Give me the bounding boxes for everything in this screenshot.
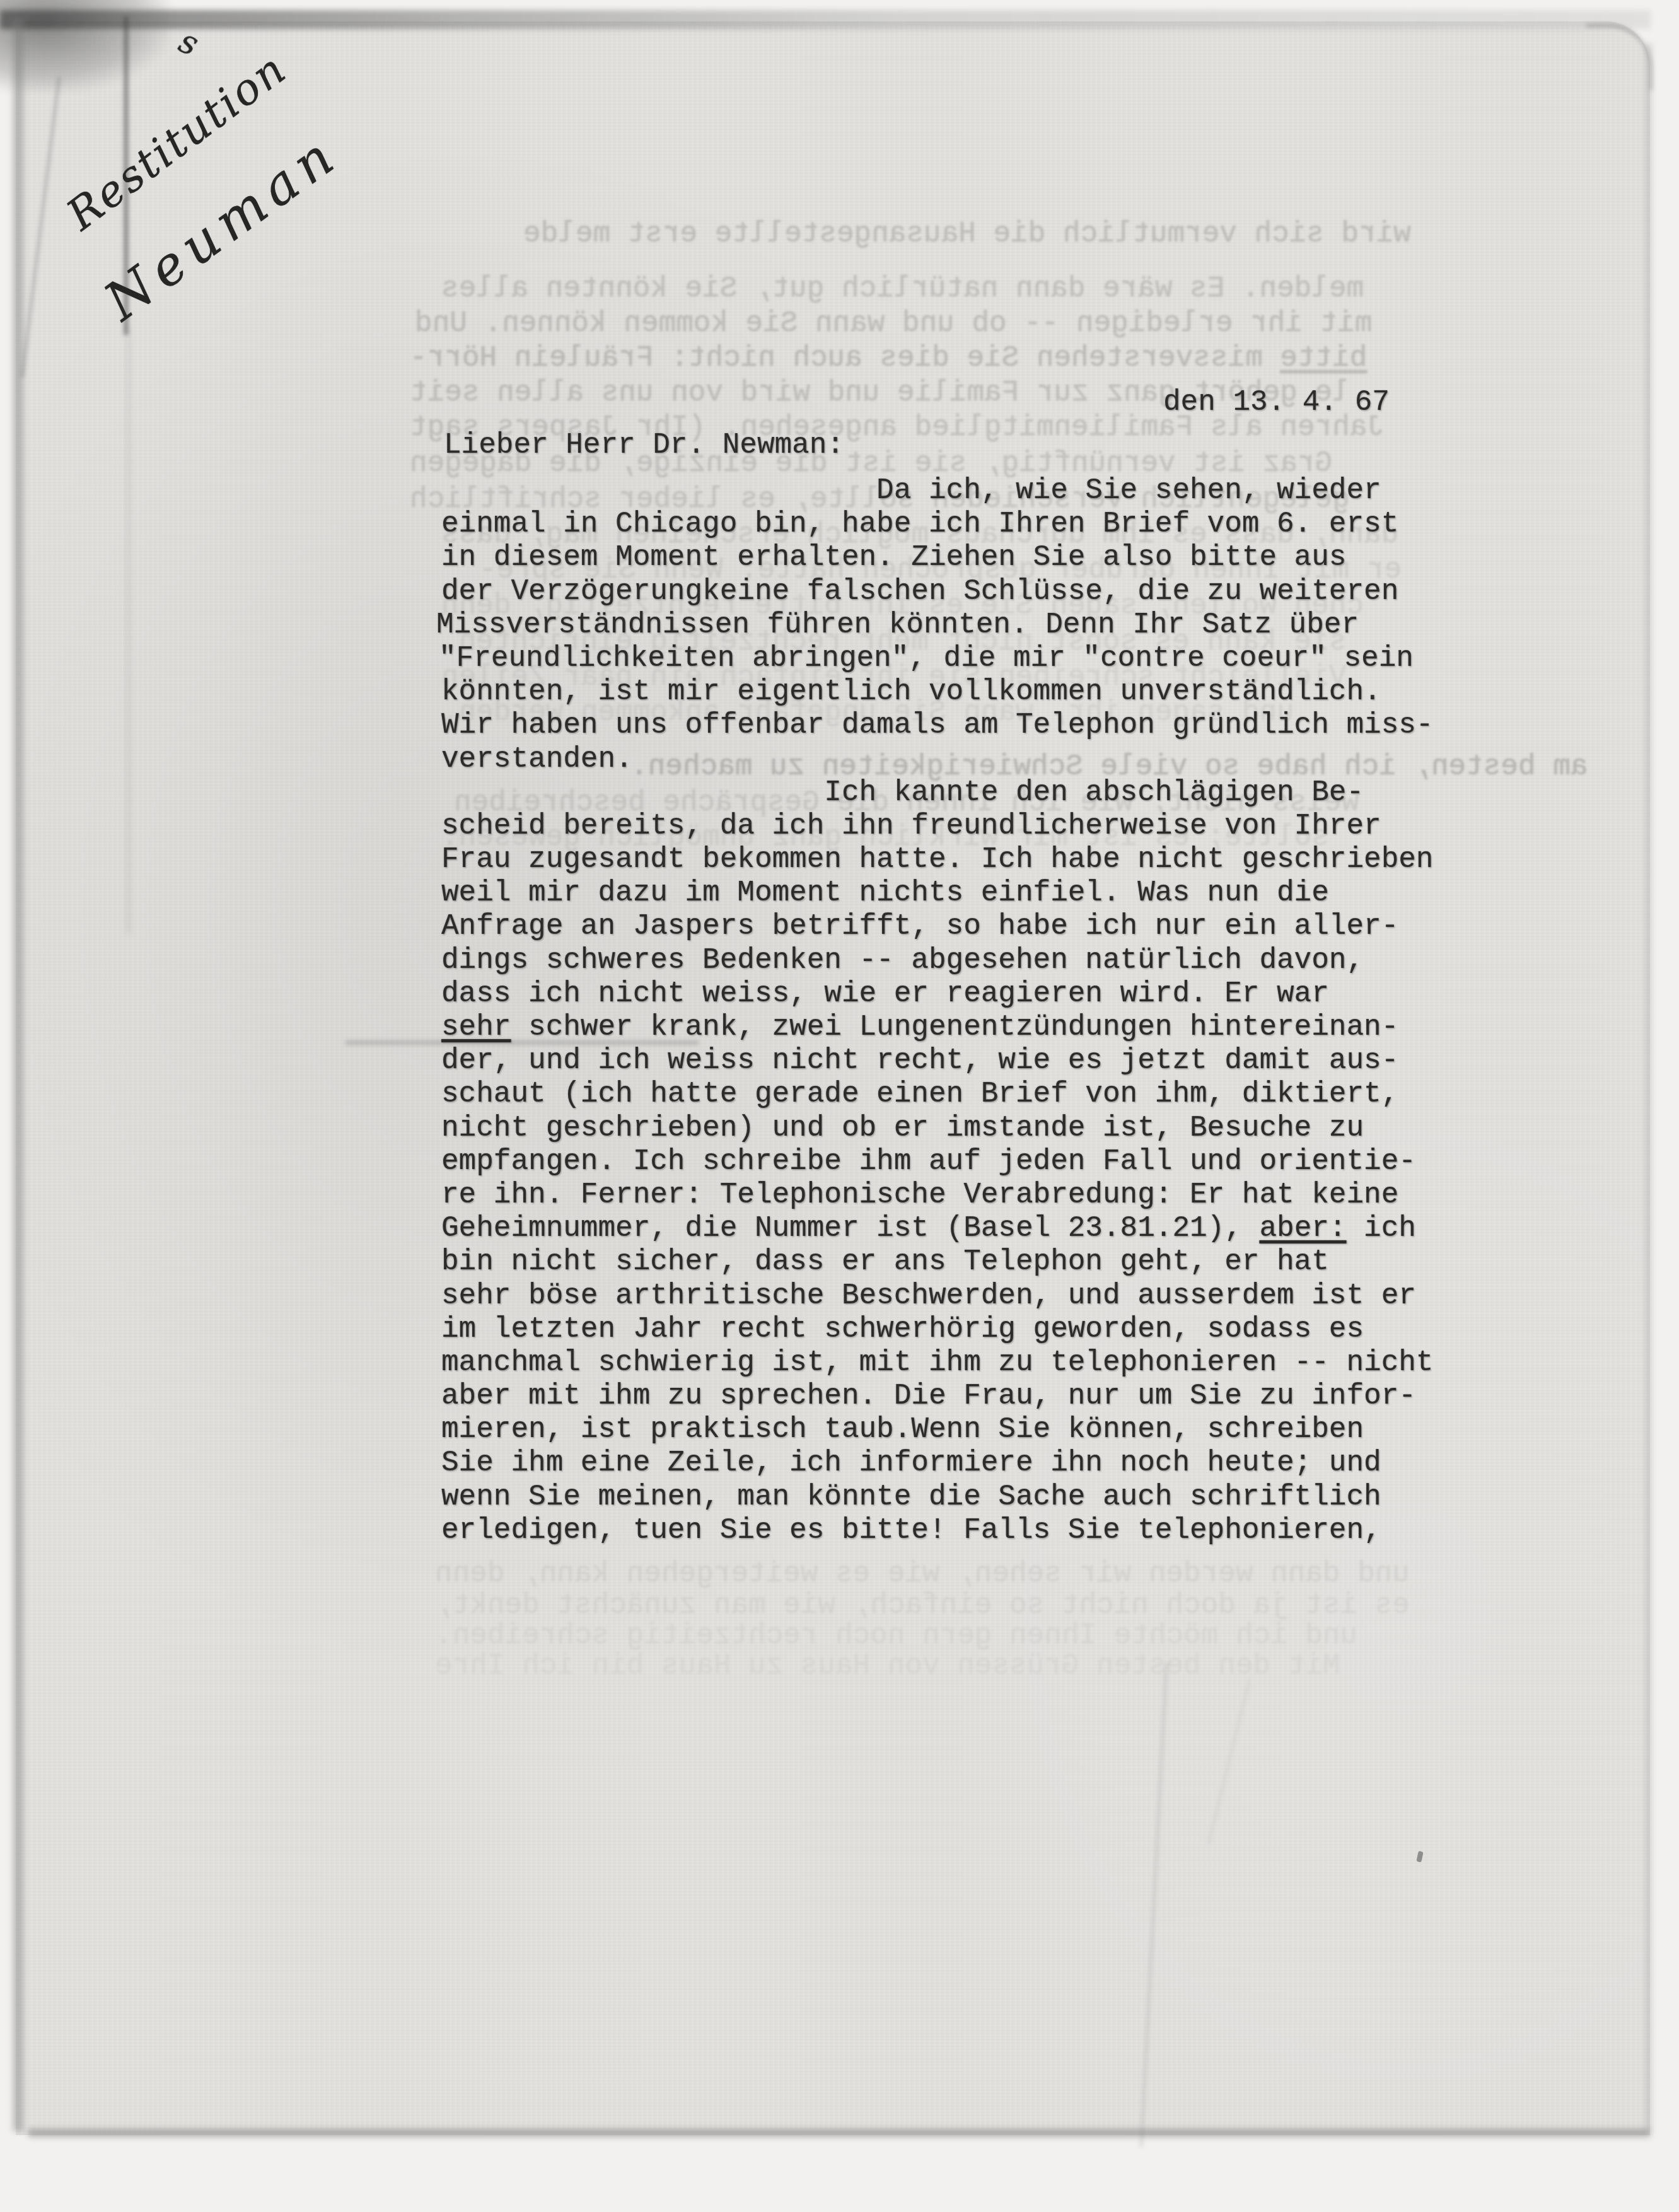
- bleedthrough-line: wird sich vermutlich die Hausangestellte…: [523, 218, 1411, 250]
- letter-text: einmal in Chicago bin, habe ich Ihren Br…: [441, 508, 1398, 540]
- letter-text: re ihn. Ferner: Telephonische Verabredun…: [441, 1179, 1398, 1211]
- letter-line: Anfrage an Jaspers betrifft, so habe ich…: [441, 910, 1501, 943]
- letter-line: könnten, ist mir eigentlich vollkommen u…: [441, 675, 1501, 709]
- letter-line: dass ich nicht weiss, wie er reagieren w…: [441, 977, 1501, 1011]
- letter-text: schaut (ich hatte gerade einen Brief von…: [441, 1078, 1398, 1110]
- letter-text: manchmal schwierig ist, mit ihm zu telep…: [441, 1346, 1433, 1379]
- letter-text: könnten, ist mir eigentlich vollkommen u…: [441, 675, 1381, 708]
- letter-line: Missverständnissen führen könnten. Denn …: [436, 608, 1501, 642]
- letter-text: Sie ihm eine Zeile, ich informiere ihn n…: [441, 1447, 1381, 1479]
- bleedthrough-line: bitte missverstehen Sie dies auch nicht:…: [410, 342, 1367, 375]
- letter-text: "Freundlichkeiten abringen", die mir "co…: [439, 642, 1414, 675]
- letter-line: der Verzögerungkeine falschen Schlüsse, …: [441, 575, 1501, 608]
- letter-line: nicht geschrieben) und ob er imstande is…: [441, 1112, 1501, 1145]
- letter-text: Geheimnummer, die Nummer ist (Basel 23.8…: [441, 1212, 1259, 1245]
- letter-line: weil mir dazu im Moment nichts einfiel. …: [441, 876, 1501, 910]
- letter-line: in diesem Moment erhalten. Ziehen Sie al…: [441, 541, 1501, 574]
- letter-line: sehr schwer krank, zwei Lungenentzündung…: [441, 1011, 1501, 1044]
- letter-text: weil mir dazu im Moment nichts einfiel. …: [441, 876, 1329, 909]
- letter-line: bin nicht sicher, dass er ans Telephon g…: [441, 1245, 1501, 1279]
- letter-text: der Verzögerungkeine falschen Schlüsse, …: [441, 575, 1398, 608]
- letter-line: Ich kannte den abschlägigen Be-: [441, 776, 1501, 810]
- letter-line: Sie ihm eine Zeile, ich informiere ihn n…: [441, 1447, 1501, 1480]
- letter-text: bin nicht sicher, dass er ans Telephon g…: [441, 1245, 1329, 1278]
- letter-line: re ihn. Ferner: Telephonische Verabredun…: [441, 1179, 1501, 1212]
- bleedthrough-line: mit ihr erledigen -- ob und wann Sie kom…: [415, 307, 1372, 340]
- letter-text: dass ich nicht weiss, wie er reagieren w…: [441, 977, 1329, 1010]
- letter-line: im letzten Jahr recht schwerhörig geword…: [441, 1313, 1501, 1346]
- letter-text: scheid bereits, da ich ihn freundlicherw…: [441, 810, 1381, 842]
- letter-text: verstanden.: [441, 743, 633, 776]
- letter-text: Missverständnissen führen könnten. Denn …: [436, 608, 1359, 641]
- bleedthrough-line: melden. Es wäre dann natürlich gut, Sie …: [441, 272, 1364, 305]
- letter-line: mieren, ist praktisch taub.Wenn Sie könn…: [441, 1413, 1501, 1447]
- letter-text: Da ich, wie Sie sehen, wieder: [876, 474, 1381, 507]
- letter-text: erledigen, tuen Sie es bitte! Falls Sie …: [441, 1514, 1381, 1547]
- letter-text: Anfrage an Jaspers betrifft, so habe ich…: [441, 910, 1398, 943]
- letter-line: wenn Sie meinen, man könnte die Sache au…: [441, 1481, 1501, 1514]
- letter-text: sehr böse arthritische Beschwerden, und …: [441, 1279, 1416, 1312]
- letter-text: wenn Sie meinen, man könnte die Sache au…: [441, 1481, 1381, 1513]
- letter-text: Frau zugesandt bekommen hatte. Ich habe …: [441, 843, 1433, 876]
- letter-line: aber mit ihm zu sprechen. Die Frau, nur …: [441, 1380, 1501, 1413]
- letter-text: in diesem Moment erhalten. Ziehen Sie al…: [441, 541, 1346, 574]
- bleedthrough-line: es ist ja doch nicht so einfach, wie man…: [435, 1589, 1410, 1622]
- letter-salutation: Lieber Herr Dr. Newman:: [444, 429, 844, 462]
- letter-text: schwer krank, zwei Lungenentzündungen hi…: [511, 1011, 1398, 1044]
- letter-line: Da ich, wie Sie sehen, wieder: [441, 474, 1501, 508]
- scanned-letter-page: { "page": { "kind": "scanned typewritten…: [0, 0, 1679, 2212]
- letter-text: nicht geschrieben) und ob er imstande is…: [441, 1112, 1364, 1144]
- letter-line: schaut (ich hatte gerade einen Brief von…: [441, 1078, 1501, 1111]
- letter-line: der, und ich weiss nicht recht, wie es j…: [441, 1044, 1501, 1078]
- letter-date: den 13. 4. 67: [1163, 386, 1390, 419]
- letter-text: empfangen. Ich schreibe ihm auf jeden Fa…: [441, 1145, 1416, 1178]
- letter-line: manchmal schwierig ist, mit ihm zu telep…: [441, 1346, 1501, 1380]
- letter-line: sehr böse arthritische Beschwerden, und …: [441, 1279, 1501, 1313]
- letter-text: Ich kannte den abschlägigen Be-: [824, 776, 1364, 809]
- underlined-word: sehr: [441, 1011, 511, 1044]
- letter-text: im letzten Jahr recht schwerhörig geword…: [441, 1313, 1364, 1346]
- letter-line: dings schweres Bedenken -- abgesehen nat…: [441, 944, 1501, 977]
- letter-line: einmal in Chicago bin, habe ich Ihren Br…: [441, 508, 1501, 541]
- underlined-word: aber:: [1259, 1212, 1346, 1245]
- letter-text: Wir haben uns offenbar damals am Telepho…: [441, 709, 1433, 742]
- letter-line: empfangen. Ich schreibe ihm auf jeden Fa…: [441, 1145, 1501, 1179]
- letter-line: Geheimnummer, die Nummer ist (Basel 23.8…: [441, 1212, 1501, 1245]
- letter-text: ich: [1346, 1212, 1415, 1245]
- letter-text: dings schweres Bedenken -- abgesehen nat…: [441, 944, 1364, 977]
- letter-line: "Freundlichkeiten abringen", die mir "co…: [439, 642, 1501, 675]
- letter-line: Frau zugesandt bekommen hatte. Ich habe …: [441, 843, 1501, 876]
- letter-text: aber mit ihm zu sprechen. Die Frau, nur …: [441, 1380, 1416, 1412]
- bleedthrough-line: Mit den besten Grüssen von Haus zu Haus …: [435, 1650, 1340, 1682]
- letter-line: scheid bereits, da ich ihn freundlicherw…: [441, 810, 1501, 843]
- letter-line: verstanden.: [441, 743, 1501, 776]
- letter-body: Da ich, wie Sie sehen, wiedereinmal in C…: [441, 474, 1501, 1547]
- letter-text: der, und ich weiss nicht recht, wie es j…: [441, 1044, 1398, 1077]
- bleedthrough-line: und ich möchte Ihnen gern noch rechtzeit…: [435, 1619, 1357, 1652]
- letter-text: mieren, ist praktisch taub.Wenn Sie könn…: [441, 1413, 1364, 1446]
- bleedthrough-line: und dann werden wir sehen, wie es weiter…: [435, 1557, 1410, 1590]
- letter-line: erledigen, tuen Sie es bitte! Falls Sie …: [441, 1514, 1501, 1547]
- letter-line: Wir haben uns offenbar damals am Telepho…: [441, 709, 1501, 742]
